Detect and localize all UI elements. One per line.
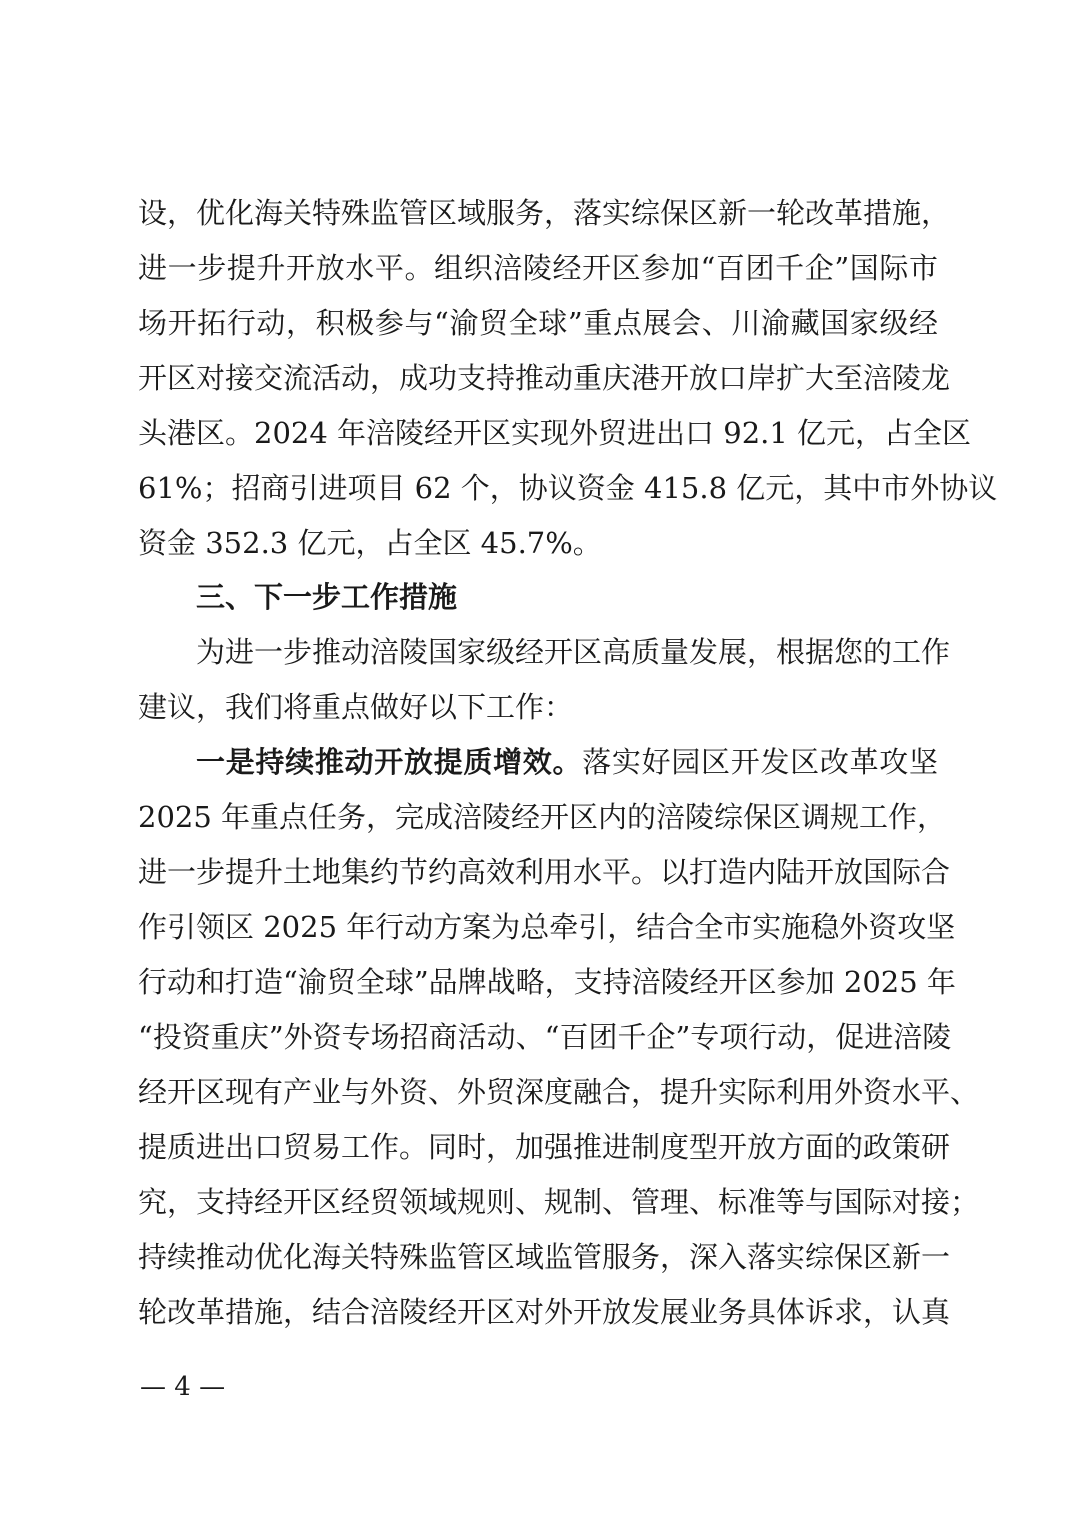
paragraph-line: 开区对接交流活动，成功支持推动重庆港开放口岸扩大至涪陵龙 — [138, 353, 938, 403]
paragraph-line: 设，优化海关特殊监管区域服务，落实综保区新一轮改革措施， — [138, 188, 938, 238]
paragraph-first-line-rest: 落实好园区开发区改革攻坚 — [582, 745, 938, 779]
paragraph-line: 提质进出口贸易工作。同时，加强推进制度型开放方面的政策研 — [138, 1122, 938, 1172]
paragraph-line: 作引领区 2025 年行动方案为总牵引，结合全市实施稳外资攻坚 — [138, 902, 938, 952]
paragraph-line: 61%；招商引进项目 62 个，协议资金 415.8 亿元，其中市外协议 — [138, 463, 938, 513]
paragraph-line: 为进一步推动涪陵国家级经开区高质量发展，根据您的工作 — [196, 627, 938, 677]
paragraph-line: 头港区。2024 年涪陵经开区实现外贸进出口 92.1 亿元，占全区 — [138, 408, 938, 458]
paragraph-line: 场开拓行动，积极参与“渝贸全球”重点展会、川渝藏国家级经 — [138, 298, 938, 348]
paragraph-line: 行动和打造“渝贸全球”品牌战略，支持涪陵经开区参加 2025 年 — [138, 957, 938, 1007]
paragraph-line: 建议，我们将重点做好以下工作： — [138, 682, 938, 732]
paragraph-line: 资金 352.3 亿元，占全区 45.7%。 — [138, 518, 938, 568]
page-number: — 4 — — [140, 1367, 225, 1407]
paragraph-line: 持续推动优化海关特殊监管区域监管服务，深入落实综保区新一 — [138, 1232, 938, 1282]
paragraph-first-line: 一是持续推动开放提质增效。落实好园区开发区改革攻坚 — [196, 737, 938, 787]
paragraph-lead-phrase: 一是持续推动开放提质增效。 — [196, 745, 582, 779]
paragraph-line: 轮改革措施，结合涪陵经开区对外开放发展业务具体诉求，认真 — [138, 1287, 938, 1337]
document-page: 设，优化海关特殊监管区域服务，落实综保区新一轮改革措施， 进一步提升开放水平。组… — [0, 0, 1074, 1520]
paragraph-line: 究，支持经开区经贸领域规则、规制、管理、标准等与国际对接； — [138, 1177, 938, 1227]
paragraph-line: 进一步提升土地集约节约高效利用水平。以打造内陆开放国际合 — [138, 847, 938, 897]
paragraph-line: “投资重庆”外资专场招商活动、“百团千企”专项行动，促进涪陵 — [138, 1012, 938, 1062]
section-heading: 三、下一步工作措施 — [196, 572, 457, 622]
paragraph-line: 经开区现有产业与外资、外贸深度融合，提升实际利用外资水平、 — [138, 1067, 938, 1117]
paragraph-line: 2025 年重点任务，完成涪陵经开区内的涪陵综保区调规工作， — [138, 792, 938, 842]
paragraph-line: 进一步提升开放水平。组织涪陵经开区参加“百团千企”国际市 — [138, 243, 938, 293]
